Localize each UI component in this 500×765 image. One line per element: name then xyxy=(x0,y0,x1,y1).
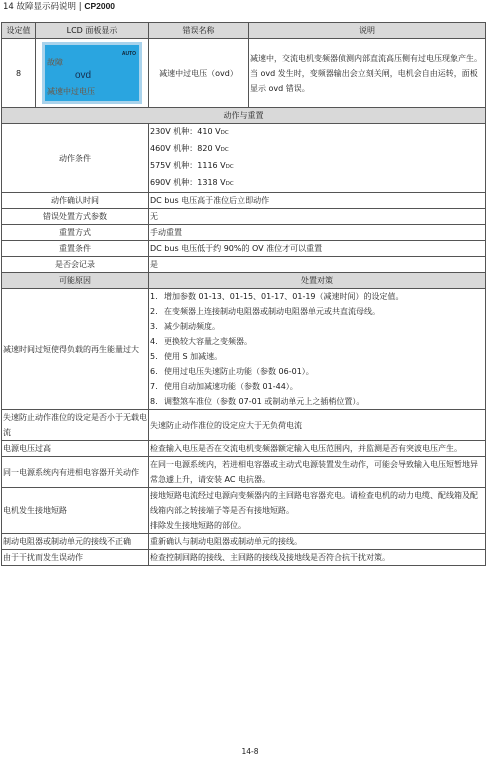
cause-row: 制动电阻器或制动单元的接线不正确 重新确认与制动电阻器或制动单元的接线。 xyxy=(2,534,486,550)
col-lcd-display: LCD 面板显示 xyxy=(36,23,149,39)
col-error-name: 错误名称 xyxy=(149,23,249,39)
section-header-row: 动作与重置 xyxy=(2,108,486,124)
chapter-title: 14 故障显示码说明 xyxy=(3,2,76,12)
row-value: 手动重置 xyxy=(149,225,486,241)
step-item: 4.更换较大容量之变频器。 xyxy=(150,334,484,349)
step-item: 3.减少制动频度。 xyxy=(150,319,484,334)
cause-text: 制动电阻器或制动单元的接线不正确 xyxy=(2,534,149,550)
row-label: 错误处置方式参数 xyxy=(2,209,149,225)
condition-line: 230V 机种：410 VDC xyxy=(150,124,484,141)
col-setting-value: 设定值 xyxy=(2,23,36,39)
step-item: 5.使用 S 加减速。 xyxy=(150,349,484,364)
fault-code: 8 xyxy=(2,39,36,108)
header-separator: | xyxy=(79,2,82,12)
row-label: 重置条件 xyxy=(2,241,149,257)
action-row: 重置条件 DC bus 电压低于约 90%的 OV 准位才可以重置 xyxy=(2,241,486,257)
action-row: 重置方式 手动重置 xyxy=(2,225,486,241)
lcd-line1: 故障 xyxy=(47,55,63,70)
countermeasure: 1.增加参数 01-13、01-15、01-17、01-19（减速时间）的设定值… xyxy=(149,289,486,410)
cause-row: 由于干扰而发生误动作 检查控制回路的接线、主回路的接线及接地线是否符合抗干扰对策… xyxy=(2,550,486,566)
description-line: 当 ovd 发生时，变频器输出会立刻关闸，电机会自由运转，面板显示 ovd 错误… xyxy=(250,66,484,96)
cause-text: 减速时间过短使得负载的再生能量过大 xyxy=(2,289,149,410)
lcd-cell: AUTO 故障 ovd 减速中过电压 xyxy=(36,39,149,108)
fault-row: 8 AUTO 故障 ovd 减速中过电压 减速中过电压（ovd） 减速中，交流电… xyxy=(2,39,486,108)
section-action-reset: 动作与重置 xyxy=(2,108,486,124)
countermeasure: 检查输入电压是否在交流电机变频器额定输入电压范围内，并监测是否有突波电压产生。 xyxy=(149,441,486,457)
row-value: 230V 机种：410 VDC 460V 机种：820 VDC 575V 机种：… xyxy=(149,124,486,193)
step-item: 6.使用过电压失速防止功能（参数 06-01）。 xyxy=(150,364,484,379)
fault-table: 设定值 LCD 面板显示 错误名称 说明 8 AUTO 故障 ovd 减速中过电… xyxy=(1,22,486,566)
cause-row: 同一电源系统内有进相电容器开关动作 在同一电源系统内，若进相电容器或主动式电源装… xyxy=(2,457,486,488)
row-label: 是否会记录 xyxy=(2,257,149,273)
step-item: 2.在变频器上连接制动电阻器或制动电阻器单元或共直流母线。 xyxy=(150,304,484,319)
row-value: DC bus 电压低于约 90%的 OV 准位才可以重置 xyxy=(149,241,486,257)
fault-name: 减速中过电压（ovd） xyxy=(149,39,249,108)
lcd-mode: AUTO xyxy=(122,47,136,62)
cause-text: 由于干扰而发生误动作 xyxy=(2,550,149,566)
countermeasure: 失速防止动作准位的设定应大于无负荷电流 xyxy=(149,410,486,441)
step-list: 1.增加参数 01-13、01-15、01-17、01-19（减速时间）的设定值… xyxy=(150,289,484,409)
cause-text: 同一电源系统内有进相电容器开关动作 xyxy=(2,457,149,488)
page-number: 14-8 xyxy=(0,747,500,756)
col-countermeasure: 处置对策 xyxy=(149,273,486,289)
row-label: 重置方式 xyxy=(2,225,149,241)
lcd-panel-image: AUTO 故障 ovd 减速中过电压 xyxy=(42,42,142,104)
cause-text: 电机发生接地短路 xyxy=(2,488,149,534)
row-label: 动作条件 xyxy=(2,124,149,193)
description-line: 减速中，交流电机变频器侦测内部直流高压侧有过电压现象产生。 xyxy=(250,51,484,66)
fault-description: 减速中，交流电机变频器侦测内部直流高压侧有过电压现象产生。 当 ovd 发生时，… xyxy=(249,39,486,108)
countermeasure: 在同一电源系统内，若进相电容器或主动式电源装置发生动作，可能会导致输入电压短暂地… xyxy=(149,457,486,488)
cause-text: 电源电压过高 xyxy=(2,441,149,457)
condition-line: 575V 机种：1116 VDC xyxy=(150,158,484,175)
step-item: 8.调整煞车准位（参数 07-01 或制动单元上之插梢位置）。 xyxy=(150,394,484,409)
col-description: 说明 xyxy=(249,23,486,39)
countermeasure: 接地短路电流经过电源向变频器内的主回路电容器充电。请检查电机的动力电缆、配线箱及… xyxy=(149,488,486,534)
col-possible-cause: 可能原因 xyxy=(2,273,149,289)
action-condition-row: 动作条件 230V 机种：410 VDC 460V 机种：820 VDC 575… xyxy=(2,124,486,193)
cause-row: 电机发生接地短路 接地短路电流经过电源向变频器内的主回路电容器充电。请检查电机的… xyxy=(2,488,486,534)
step-item: 7.使用自动加减速功能（参数 01-44）。 xyxy=(150,379,484,394)
cause-row: 减速时间过短使得负载的再生能量过大 1.增加参数 01-13、01-15、01-… xyxy=(2,289,486,410)
row-value: DC bus 电压高于准位后立即动作 xyxy=(149,193,486,209)
row-label: 动作确认时间 xyxy=(2,193,149,209)
condition-line: 460V 机种：820 VDC xyxy=(150,141,484,158)
lcd-line3: 减速中过电压 xyxy=(47,84,95,99)
cause-row: 失速防止动作准位的设定是否小于无载电流 失速防止动作准位的设定应大于无负荷电流 xyxy=(2,410,486,441)
action-row: 动作确认时间 DC bus 电压高于准位后立即动作 xyxy=(2,193,486,209)
action-row: 是否会记录 是 xyxy=(2,257,486,273)
action-row: 错误处置方式参数 无 xyxy=(2,209,486,225)
row-value: 无 xyxy=(149,209,486,225)
countermeasure: 检查控制回路的接线、主回路的接线及接地线是否符合抗干扰对策。 xyxy=(149,550,486,566)
lcd-line2: ovd xyxy=(75,68,91,83)
cause-text: 失速防止动作准位的设定是否小于无载电流 xyxy=(2,410,149,441)
product-name: CP2000 xyxy=(84,1,115,11)
condition-line: 690V 机种：1318 VDC xyxy=(150,175,484,192)
causes-header-row: 可能原因 处置对策 xyxy=(2,273,486,289)
step-item: 1.增加参数 01-13、01-15、01-17、01-19（减速时间）的设定值… xyxy=(150,289,484,304)
row-value: 是 xyxy=(149,257,486,273)
table-header-row: 设定值 LCD 面板显示 错误名称 说明 xyxy=(2,23,486,39)
page-header: 14 故障显示码说明 | CP2000 xyxy=(3,0,115,13)
cause-row: 电源电压过高 检查输入电压是否在交流电机变频器额定输入电压范围内，并监测是否有突… xyxy=(2,441,486,457)
countermeasure: 重新确认与制动电阻器或制动单元的接线。 xyxy=(149,534,486,550)
